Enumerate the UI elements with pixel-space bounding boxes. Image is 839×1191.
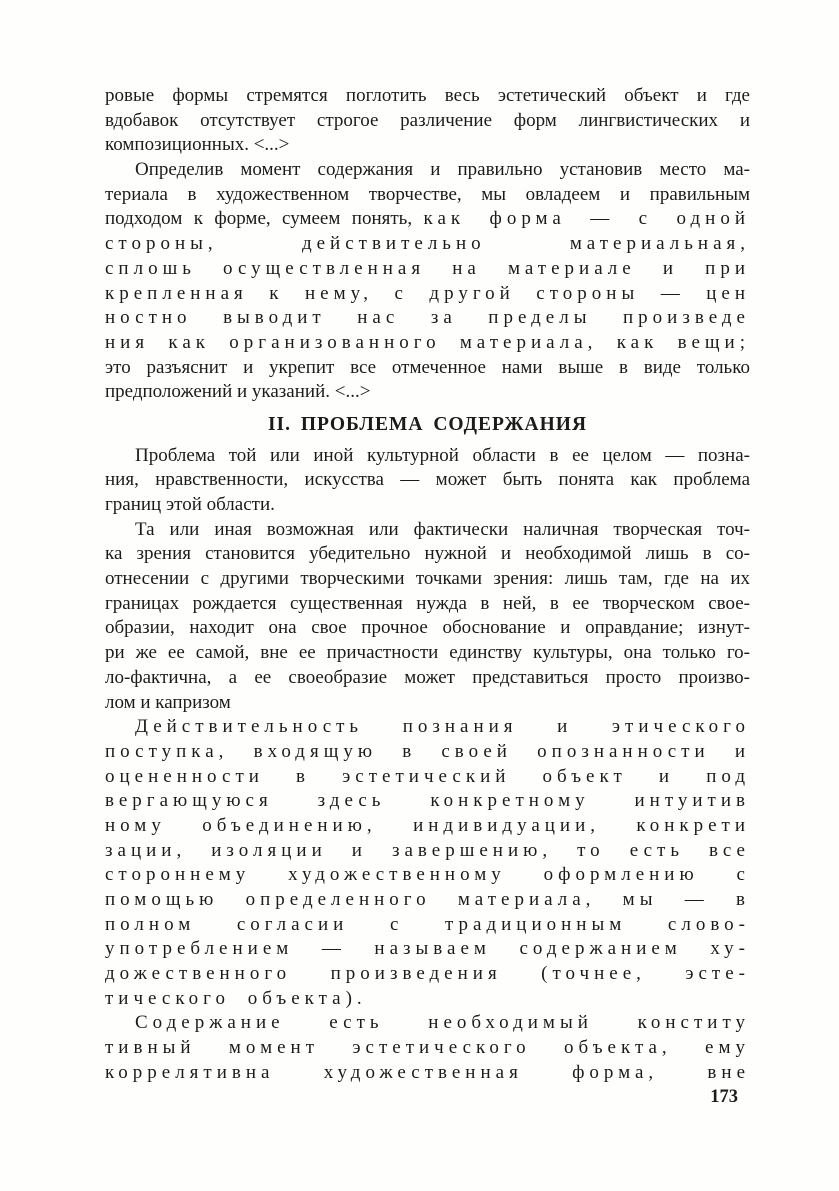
- text-line: поступка, входящую в своей опознанности …: [105, 740, 750, 765]
- text-line: Проблема той или иной культурной области…: [105, 444, 750, 469]
- text-line: это разъяснит и укрепит все отмеченное н…: [105, 356, 750, 381]
- text-line: композиционных. <...>: [105, 133, 750, 158]
- text-line: Действительность познания и этического: [105, 715, 750, 740]
- text-line: коррелятивна художественная форма, вне: [105, 1061, 750, 1086]
- text-line: образии, находит она свое прочное обосно…: [105, 616, 750, 641]
- page-number: 173: [105, 1087, 738, 1108]
- text-line: стороны, действительно материальная,: [105, 232, 750, 257]
- text-line: ка зрения становится убедительно нужной …: [105, 542, 750, 567]
- text-line: Та или иная возможная или фактически нал…: [105, 518, 750, 543]
- text-line: вдобавок отсутствует строгое различение …: [105, 109, 750, 134]
- text-line: стороннему художественному оформлению с: [105, 863, 750, 888]
- text-line: оцененности в эстетический объект и под: [105, 765, 750, 790]
- text-line: тического объекта).: [105, 987, 750, 1012]
- section-heading: II. ПРОБЛЕМА СОДЕРЖАНИЯ: [105, 413, 750, 438]
- text-line: ло-фактична, а ее своеобразие может пред…: [105, 666, 750, 691]
- text-line: Определив момент содержания и правильно …: [105, 158, 750, 183]
- text-line: дожественного произведения (точнее, эсте…: [105, 962, 750, 987]
- text-line: ния как организованного материала, как в…: [105, 331, 750, 356]
- text-line: Содержание есть необходимый конститу: [105, 1011, 750, 1036]
- text-line: употреблением — называем содержанием ху-: [105, 937, 750, 962]
- text-line: крепленная к нему, с другой стороны — це…: [105, 282, 750, 307]
- text-line: териала в художественном творчестве, мы …: [105, 183, 750, 208]
- text-line: ри же ее самой, вне ее причастности един…: [105, 641, 750, 666]
- text-line: отнесении с другими творческими точками …: [105, 567, 750, 592]
- text-line: полном согласии с традиционным слово-: [105, 913, 750, 938]
- text-segment: подходом к форме, сумеем понять,: [105, 208, 424, 229]
- text-line: ния, нравственности, искусства — может б…: [105, 468, 750, 493]
- text-line: предположений и указаний. <...>: [105, 380, 750, 405]
- text-line: ностно выводит нас за пределы произведе: [105, 306, 750, 331]
- text-line: подходом к форме, сумеем понять, как фор…: [105, 207, 750, 232]
- text-line: сплошь осуществленная на материале и при: [105, 257, 750, 282]
- emphasized-text-segment: как форма — с одной: [424, 208, 751, 229]
- text-line: границах рождается существенная нужда в …: [105, 592, 750, 617]
- text-line: тивный момент эстетического объекта, ему: [105, 1036, 750, 1061]
- text-line: зации, изоляции и завершению, то есть вс…: [105, 839, 750, 864]
- text-line: помощью определенного материала, мы — в: [105, 888, 750, 913]
- text-line: границ этой области.: [105, 493, 750, 518]
- text-line: лом и капризом: [105, 691, 750, 716]
- text-line: ному объединению, индивидуации, конкрети: [105, 814, 750, 839]
- book-page: ровые формы стремятся поглотить весь эст…: [0, 0, 839, 1191]
- text-block: ровые формы стремятся поглотить весь эст…: [105, 84, 750, 1086]
- text-line: вергающуюся здесь конкретному интуитив: [105, 789, 750, 814]
- text-line: ровые формы стремятся поглотить весь эст…: [105, 84, 750, 109]
